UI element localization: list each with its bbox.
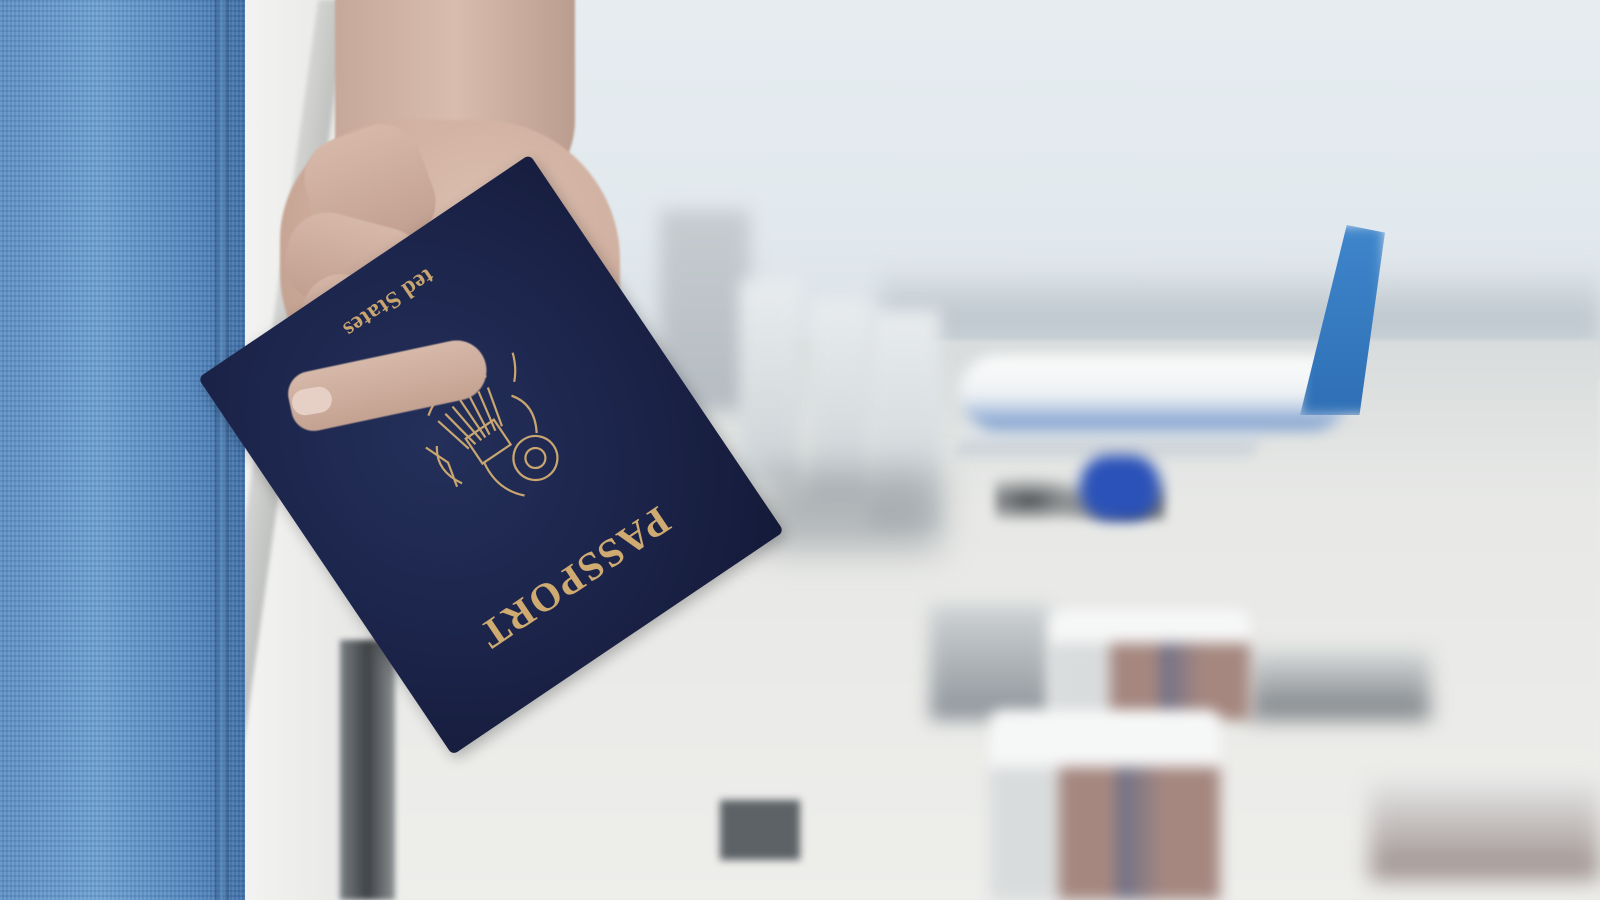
ground-vehicle <box>930 605 1050 720</box>
catering-truck <box>990 710 1220 900</box>
baggage-cart <box>1370 780 1600 880</box>
window-mullion <box>340 640 395 900</box>
denim-seam <box>215 0 229 900</box>
airplane-fuselage <box>960 355 1350 430</box>
baggage-cart <box>1250 650 1430 720</box>
bridge-shadow <box>760 470 940 550</box>
denim-clothing <box>0 0 245 900</box>
jet-bridge <box>740 280 800 480</box>
window-sill-object <box>720 800 800 860</box>
photo-scene: ted States PASSPORT <box>0 0 1600 900</box>
catering-truck <box>1050 610 1250 720</box>
airplane-engine <box>1080 455 1160 520</box>
